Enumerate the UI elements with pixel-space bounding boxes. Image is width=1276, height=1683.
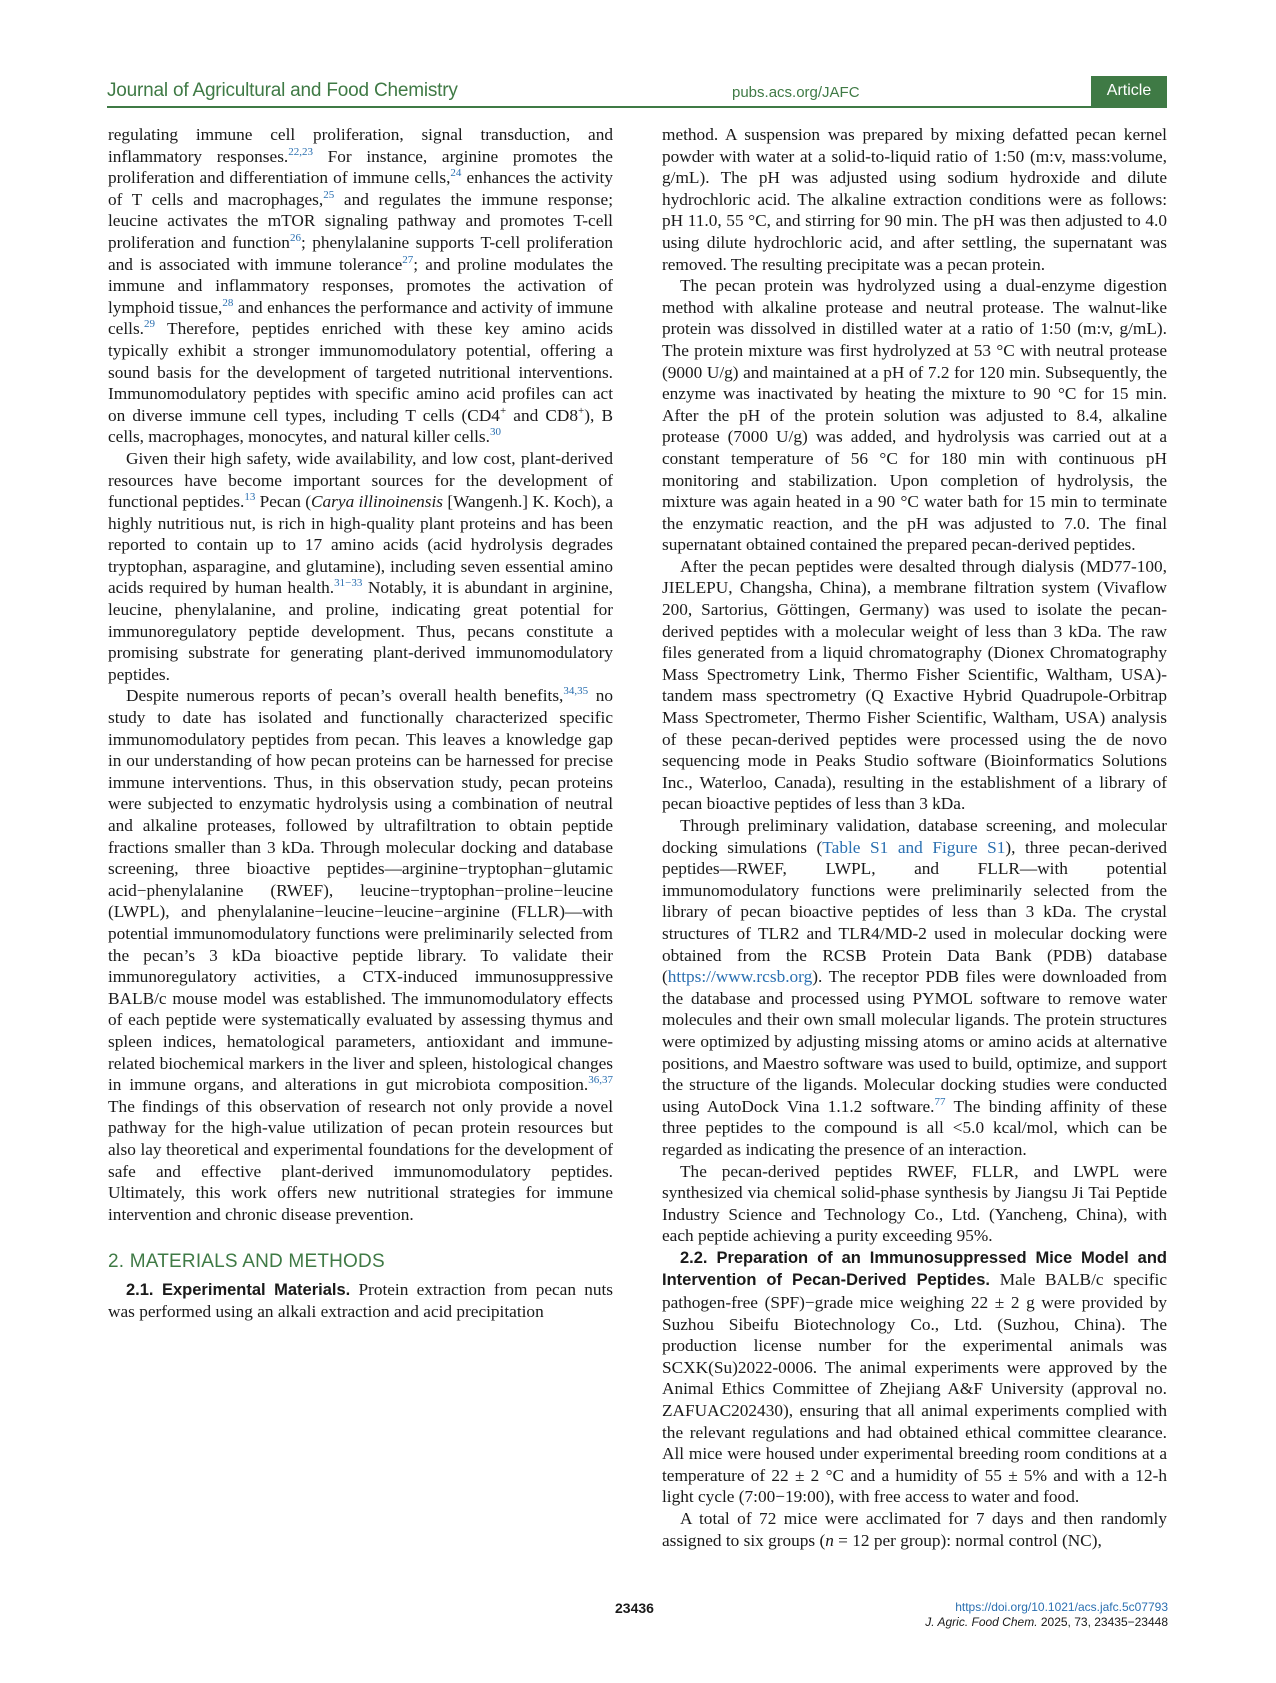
citation-link[interactable]: 29 bbox=[144, 318, 155, 330]
citation-link[interactable]: 22,23 bbox=[288, 146, 313, 158]
paragraph-grouping: A total of 72 mice were acclimated for 7… bbox=[662, 1508, 1167, 1551]
subsection-heading: 2.1. Experimental Materials. bbox=[126, 1281, 350, 1299]
supplementary-link[interactable]: Table S1 and Figure S1 bbox=[822, 838, 1005, 857]
citation-link[interactable]: 24 bbox=[450, 167, 461, 179]
paragraph-synthesis: The pecan-derived peptides RWEF, FLLR, a… bbox=[662, 1161, 1167, 1247]
left-column: regulating immune cell proliferation, si… bbox=[108, 124, 613, 1323]
paragraph-mice-model: 2.2. Preparation of an Immunosuppressed … bbox=[662, 1247, 1167, 1508]
running-header: Journal of Agricultural and Food Chemist… bbox=[107, 78, 1167, 108]
rcsb-url-link[interactable]: https://www.rcsb.org bbox=[668, 967, 813, 986]
paragraph-desalting-ms: After the pecan peptides were desalted t… bbox=[662, 556, 1167, 815]
journal-title: Journal of Agricultural and Food Chemist… bbox=[107, 80, 458, 102]
paragraph-extraction-method: method. A suspension was prepared by mix… bbox=[662, 124, 1167, 275]
paragraph-pecan-resources: Given their high safety, wide availabili… bbox=[108, 448, 613, 686]
paragraph-study-aims: Despite numerous reports of pecan’s over… bbox=[108, 685, 613, 1225]
citation-link[interactable]: 26 bbox=[290, 232, 301, 244]
citation-link[interactable]: 13 bbox=[244, 491, 255, 503]
citation-line: J. Agric. Food Chem. 2025, 73, 23435−234… bbox=[925, 1615, 1168, 1629]
citation-link[interactable]: 30 bbox=[490, 426, 501, 438]
paragraph-hydrolysis: The pecan protein was hydrolyzed using a… bbox=[662, 275, 1167, 556]
journal-url-link[interactable]: pubs.acs.org/JAFC bbox=[732, 84, 860, 101]
citation-link[interactable]: 31−33 bbox=[334, 577, 362, 589]
species-name: Carya illinoinensis bbox=[311, 492, 443, 511]
page-number: 23436 bbox=[615, 1600, 654, 1616]
section-heading-materials-methods: 2. MATERIALS AND METHODS bbox=[108, 1251, 613, 1273]
paragraph-docking: Through preliminary validation, database… bbox=[662, 815, 1167, 1161]
citation-link[interactable]: 27 bbox=[402, 254, 413, 266]
citation-link[interactable]: 28 bbox=[222, 297, 233, 309]
citation-link[interactable]: 25 bbox=[323, 189, 334, 201]
doi-link[interactable]: https://doi.org/10.1021/acs.jafc.5c07793 bbox=[955, 1600, 1168, 1614]
right-column: method. A suspension was prepared by mix… bbox=[662, 124, 1167, 1551]
citation-link[interactable]: 36,37 bbox=[588, 1074, 613, 1086]
article-type-badge: Article bbox=[1091, 76, 1167, 106]
paragraph-amino-acids: regulating immune cell proliferation, si… bbox=[108, 124, 613, 448]
citation-link[interactable]: 34,35 bbox=[563, 685, 588, 697]
citation-link[interactable]: 77 bbox=[934, 1096, 945, 1108]
paragraph-experimental-materials: 2.1. Experimental Materials. Protein ext… bbox=[108, 1279, 613, 1323]
